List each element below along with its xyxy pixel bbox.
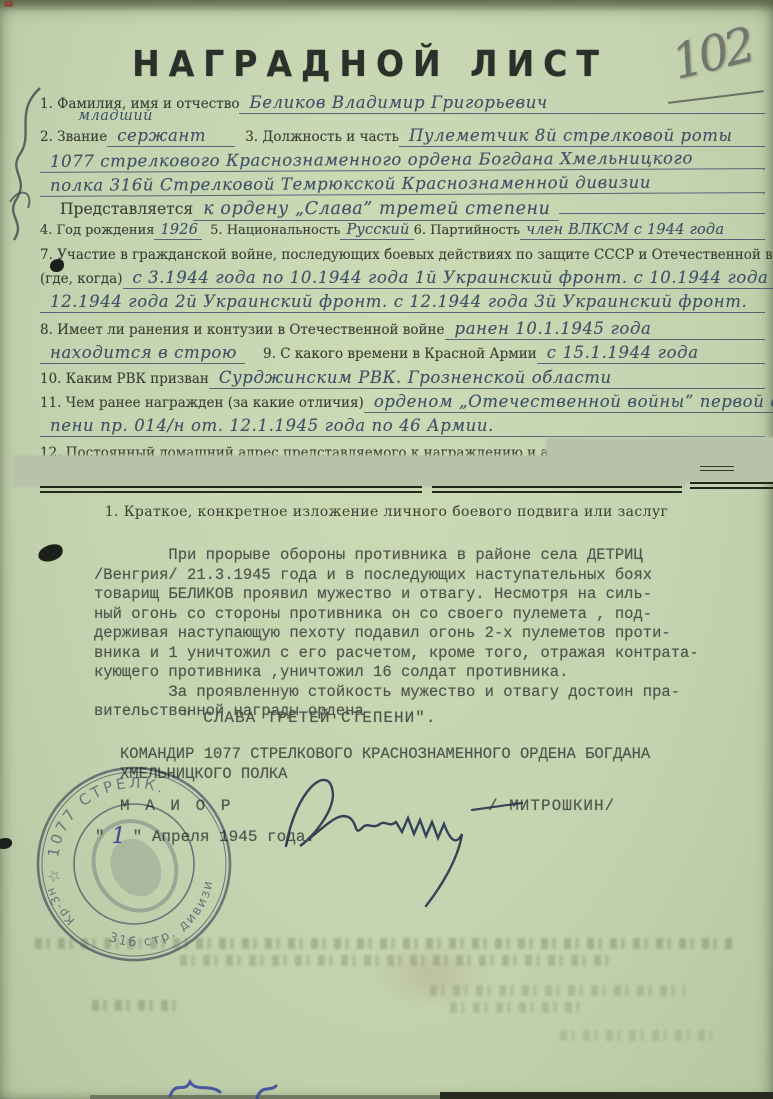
field-4-label: 4. Год рождения bbox=[40, 223, 154, 238]
document-title: НАГРАДНОЙ ЛИСТ bbox=[0, 42, 740, 84]
citation-line: ный огонь со стороны противника он со св… bbox=[94, 605, 766, 625]
field-11-value-row2: пени пр. 014/н от. 12.1.1945 года по 46 … bbox=[40, 416, 765, 437]
presented-for-row: Представляется к ордену „Слава” третей с… bbox=[60, 197, 765, 221]
field-3-line2-row: 1077 стрелкового Краснознаменного ордена… bbox=[40, 148, 765, 173]
field-9-label: 9. С какого времени в Красной Армии bbox=[263, 346, 537, 362]
field-7-sublabel: (где, когда) bbox=[40, 271, 123, 287]
citation-line: товарищ БЕЛИКОВ проявил мужество и отваг… bbox=[94, 585, 766, 605]
field-11-value: орденом „Отечественной войны” первой сте… bbox=[364, 392, 773, 413]
citation-body: При прорыве обороны противника в районе … bbox=[94, 546, 766, 722]
bleedthrough-text-ghost bbox=[35, 938, 735, 949]
signature-scribble bbox=[268, 748, 528, 913]
award-name-line: " СЛАВА ТРЕТЕЙ СТЕПЕНИ". bbox=[94, 709, 436, 727]
page-number-pencil: 102 bbox=[666, 17, 757, 91]
field-7-value-row1: (где, когда) с 3.1944 года по 10.1944 го… bbox=[40, 268, 765, 289]
field-5-value: Русский bbox=[340, 222, 413, 240]
citation-line: За проявленную стойкость мужество и отва… bbox=[94, 683, 766, 703]
field-10-row: 10. Каким РВК призван Сурджинским РВК. Г… bbox=[40, 368, 765, 389]
fields-4-5-6-row: 4. Год рождения 1926 5. Национальность Р… bbox=[40, 222, 765, 240]
ink-blot bbox=[0, 838, 12, 849]
field-5-label: 5. Национальность bbox=[210, 223, 340, 238]
field-7-label-row: 7. Участие в гражданской войне, последую… bbox=[40, 247, 765, 263]
field-8-row: 8. Имеет ли ранения и контузии в Отечест… bbox=[40, 319, 765, 340]
section-rule-2 bbox=[432, 486, 682, 493]
field-3-value: Пулеметчик 8й стрелковой роты bbox=[399, 126, 765, 147]
citation-heading: 1. Краткое, конкретное изложение личного… bbox=[0, 504, 773, 520]
redaction-block-main bbox=[13, 456, 685, 486]
blue-ink-marks bbox=[162, 1076, 322, 1099]
bleedthrough-text-ghost bbox=[450, 1002, 580, 1013]
award-sheet-document: НАГРАДНОЙ ЛИСТ 102 1. Фамилия, имя и отч… bbox=[0, 0, 773, 1099]
scan-edge-shadow bbox=[0, 0, 773, 12]
field-11-value2: пени пр. 014/н от. 12.1.1945 года по 46 … bbox=[40, 416, 765, 437]
field-3-line3-row: полка 316й Стрелковой Темрюкской Красноз… bbox=[40, 172, 765, 197]
field-4-value: 1926 bbox=[154, 222, 202, 240]
citation-line: держивая наступающую пехоту подавил огон… bbox=[94, 624, 766, 644]
section-rule-1 bbox=[40, 486, 422, 493]
field-11-label: 11. Чем ранее награжден (за какие отличи… bbox=[40, 395, 364, 411]
field-8b-9-row: находится в строю 9. С какого времени в … bbox=[40, 343, 765, 364]
presented-for-line bbox=[559, 197, 765, 214]
field-6-value: член ВЛКСМ с 1944 года bbox=[520, 222, 765, 240]
page-bottom-edge bbox=[440, 1092, 773, 1099]
field-1-value: Беликов Владимир Григорьевич bbox=[239, 93, 765, 114]
bleedthrough-text-ghost bbox=[92, 1000, 177, 1011]
field-8-label: 8. Имеет ли ранения и контузии в Отечест… bbox=[40, 322, 445, 338]
citation-line: При прорыве обороны противника в районе … bbox=[94, 546, 766, 566]
citation-line: вника и 1 уничтожил с его расчетом, кром… bbox=[94, 644, 766, 664]
field-8-value2: находится в строю bbox=[40, 343, 245, 364]
field-10-label: 10. Каким РВК призван bbox=[40, 371, 209, 387]
rule-fragment bbox=[700, 466, 734, 471]
field-7-value2: 12.1944 года 2й Украинский фронт. с 12.1… bbox=[40, 292, 765, 313]
field-10-value: Сурджинским РВК. Грозненской области bbox=[209, 368, 765, 389]
field-3-value-line3: полка 316й Стрелковой Темрюкской Красноз… bbox=[40, 172, 765, 197]
corner-ink-mark bbox=[4, 1, 13, 7]
field-9-value: с 15.1.1944 года bbox=[537, 343, 765, 364]
section-rule-3 bbox=[690, 482, 773, 489]
redaction-block-corner bbox=[685, 439, 773, 481]
citation-line: /Венгрия/ 21.3.1945 года и в последующих… bbox=[94, 566, 766, 586]
citation-line: кующего противника ,уничтожил 16 солдат … bbox=[94, 663, 766, 683]
bleedthrough-text-ghost bbox=[560, 1030, 720, 1041]
red-smudge bbox=[370, 940, 490, 1010]
field-11-row: 11. Чем ранее награжден (за какие отличи… bbox=[40, 392, 765, 413]
field-2-value: сержант bbox=[107, 126, 235, 147]
field-3-label: 3. Должность и часть bbox=[245, 129, 399, 145]
field-6-label: 6. Партийность bbox=[414, 223, 521, 238]
field-7-label: 7. Участие в гражданской войне, последую… bbox=[40, 247, 773, 263]
field-2-3-row: 2. Звание сержант 3. Должность и часть П… bbox=[40, 126, 765, 147]
field-3-value-line2: 1077 стрелкового Краснознаменного ордена… bbox=[40, 148, 765, 173]
field-2-value-above: младший bbox=[78, 108, 153, 124]
presented-for-label: Представляется bbox=[60, 200, 193, 218]
ink-blot bbox=[37, 543, 65, 564]
presented-for-value: к ордену „Слава” третей степени bbox=[193, 199, 558, 221]
field-2-label: 2. Звание bbox=[40, 129, 107, 145]
field-7-value-row2: 12.1944 года 2й Украинский фронт. с 12.1… bbox=[40, 292, 765, 313]
field-8-value: ранен 10.1.1945 года bbox=[445, 319, 765, 340]
field-7-value1: с 3.1944 года по 10.1944 года 1й Украинс… bbox=[123, 268, 773, 289]
